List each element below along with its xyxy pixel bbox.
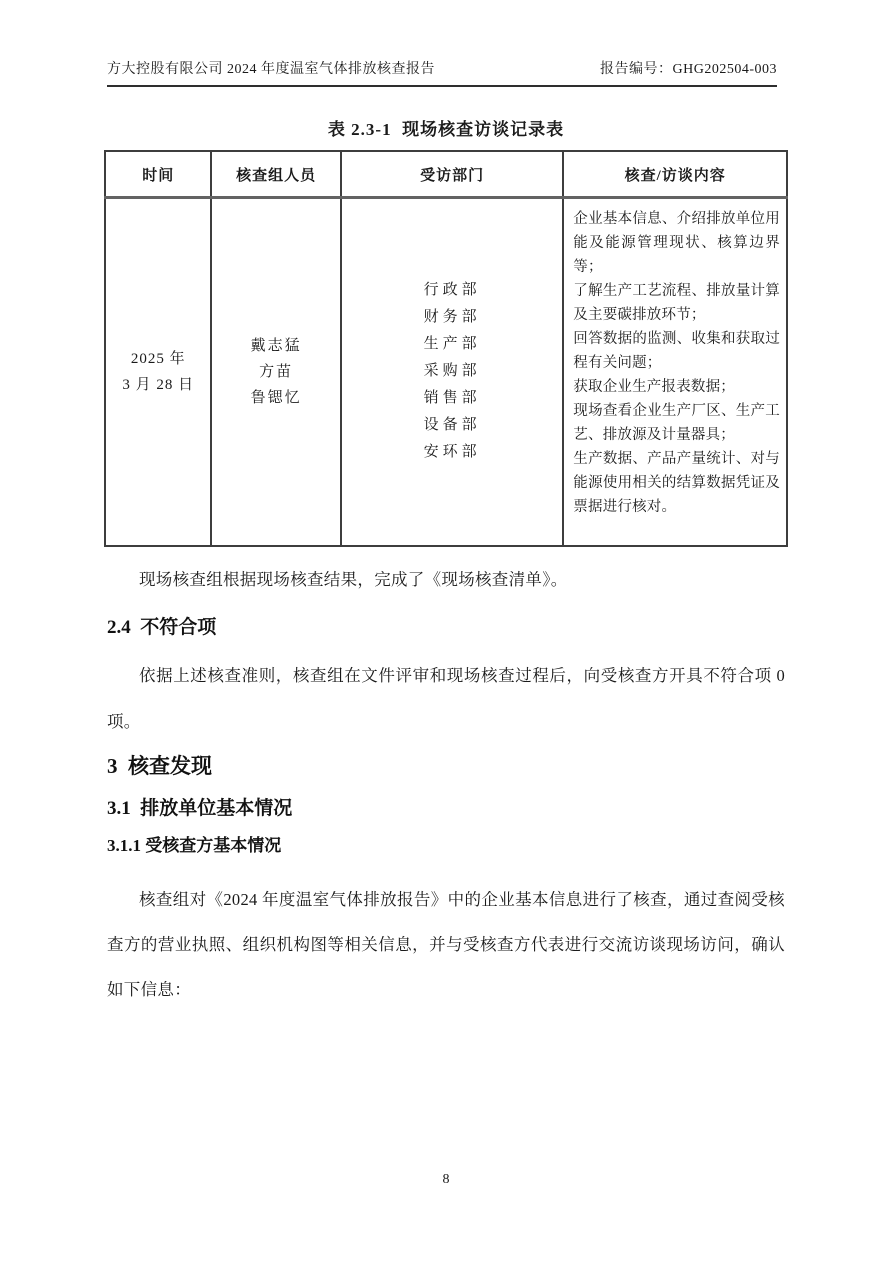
- heading-3-findings: 3 核查发现: [107, 751, 785, 781]
- department-item: 设备部: [343, 412, 561, 439]
- cell-interview-contents: 企业基本信息、介绍排放单位用能及能源管理现状、核算边界等； 了解生产工艺流程、排…: [563, 198, 787, 546]
- team-member: 方苗: [213, 359, 339, 385]
- heading-3-1-1-verified-party-info: 3.1.1 受核查方基本情况: [107, 833, 785, 859]
- cell-departments: 行政部 财务部 生产部 采购部 销售部 设备部 安环部: [341, 198, 563, 546]
- page-number: 8: [0, 1172, 892, 1188]
- content-item: 现场查看企业生产厂区、生产工艺、排放源及计量器具；: [573, 399, 780, 447]
- time-line: 3 月 28 日: [107, 372, 209, 398]
- department-item: 财务部: [343, 304, 561, 331]
- column-header-time: 时间: [105, 151, 211, 198]
- content-item: 了解生产工艺流程、排放量计算及主要碳排放环节；: [573, 279, 780, 327]
- column-header-contents: 核查/访谈内容: [563, 151, 787, 198]
- team-member: 鲁锶忆: [213, 385, 339, 411]
- paragraph-nonconformity: 依据上述核查准则，核查组在文件评审和现场核查过程后，向受核查方开具不符合项 0 …: [107, 653, 785, 745]
- document-page: { "header": { "title": "方大控股有限公司 2024 年度…: [0, 0, 892, 1262]
- team-member: 戴志猛: [213, 333, 339, 359]
- content-item: 企业基本信息、介绍排放单位用能及能源管理现状、核算边界等；: [573, 207, 780, 279]
- table-caption: 表 2.3-1 现场核查访谈记录表: [0, 115, 892, 140]
- table-header-row: 时间 核查组人员 受访部门 核查/访谈内容: [105, 151, 787, 198]
- table-row: 2025 年 3 月 28 日 戴志猛 方苗 鲁锶忆 行政部 财务部 生产部 采…: [105, 198, 787, 546]
- content-item: 获取企业生产报表数据；: [573, 375, 780, 399]
- heading-3-1-unit-basic-info: 3.1 排放单位基本情况: [107, 795, 785, 823]
- content-item: 生产数据、产品产量统计、对与能源使用相关的结算数据凭证及票据进行核对。: [573, 447, 780, 519]
- interview-record-table: 时间 核查组人员 受访部门 核查/访谈内容 2025 年 3 月 28 日 戴志…: [104, 150, 788, 547]
- cell-time: 2025 年 3 月 28 日: [105, 198, 211, 546]
- header-report-number: 报告编号：GHG202504-003: [600, 58, 777, 78]
- department-item: 安环部: [343, 439, 561, 466]
- paragraph-after-table: 现场核查组根据现场核查结果，完成了《现场核查清单》。: [107, 565, 785, 595]
- time-line: 2025 年: [107, 346, 209, 372]
- page-header: 方大控股有限公司 2024 年度温室气体排放核查报告 报告编号：GHG20250…: [107, 58, 777, 87]
- column-header-departments: 受访部门: [341, 151, 563, 198]
- department-item: 采购部: [343, 358, 561, 385]
- header-report-title: 方大控股有限公司 2024 年度温室气体排放核查报告: [107, 58, 435, 78]
- content-item: 回答数据的监测、收集和获取过程有关问题；: [573, 327, 780, 375]
- heading-2-4-nonconformity: 2.4 不符合项: [107, 615, 785, 641]
- department-item: 生产部: [343, 331, 561, 358]
- department-item: 销售部: [343, 385, 561, 412]
- department-item: 行政部: [343, 277, 561, 304]
- cell-team-members: 戴志猛 方苗 鲁锶忆: [211, 198, 341, 546]
- paragraph-basic-info: 核查组对《2024 年度温室气体排放报告》中的企业基本信息进行了核查，通过查阅受…: [107, 877, 785, 1012]
- column-header-team: 核查组人员: [211, 151, 341, 198]
